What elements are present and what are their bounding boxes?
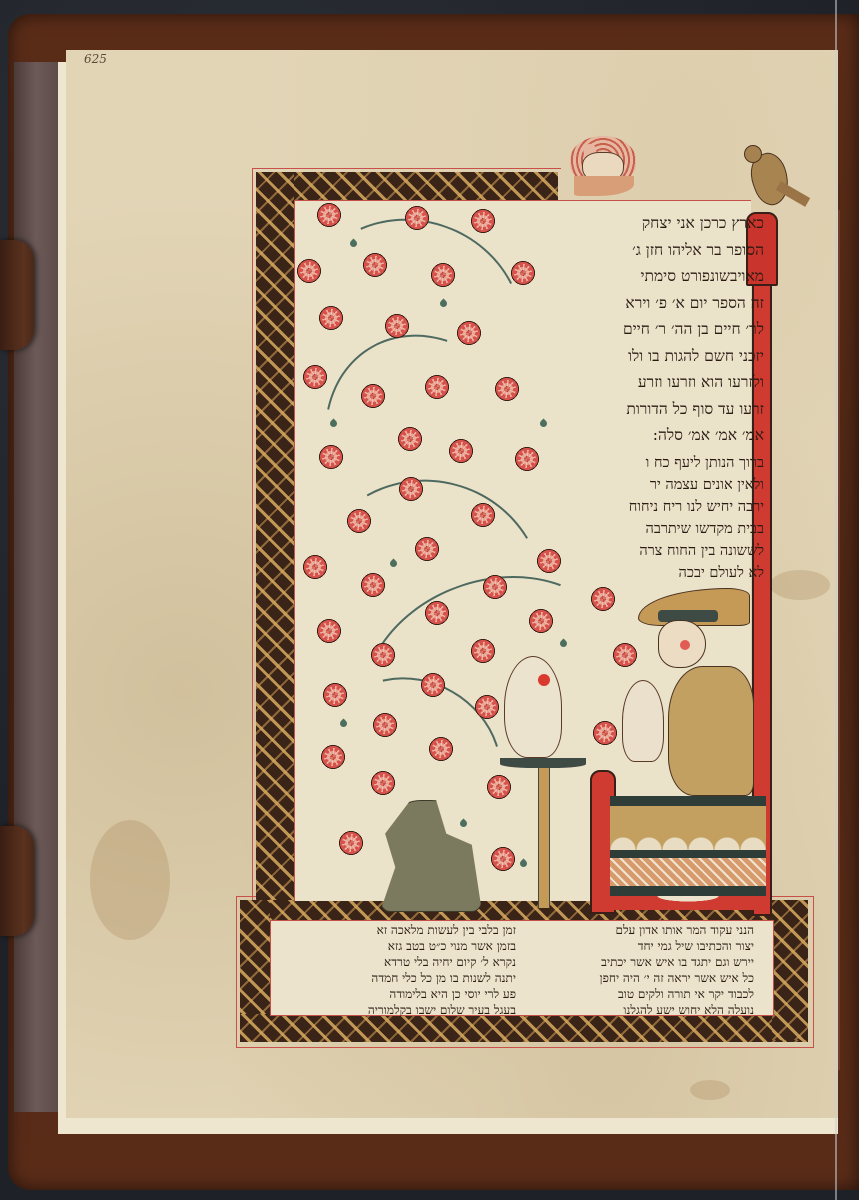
rose-flower bbox=[370, 642, 396, 668]
rose-flower bbox=[397, 426, 423, 452]
rose-flower bbox=[316, 618, 342, 644]
text-line: בזמן אשר מנוי כ״ט בטב גזא bbox=[274, 938, 516, 954]
text-line: הסופר בר אליהו חזן ג׳ bbox=[556, 237, 764, 264]
bottom-right-text: הנני עקוד המר אותו אדון עלם יצור והכתיבו… bbox=[540, 922, 754, 1018]
text-line: פע לרי יוסי כן היא בלימודה bbox=[274, 986, 516, 1002]
text-line: ולזרעו הוא וזרעו וזרע bbox=[556, 369, 764, 396]
text-line: הנני עקוד המר אותו אדון עלם bbox=[540, 922, 754, 938]
text-line: נועלה הלא יחוש ישע להגלנו bbox=[540, 1002, 754, 1018]
text-line: בבית מקדשו שיתרבה bbox=[556, 518, 764, 540]
rose-flower bbox=[414, 536, 440, 562]
text-line: אמ׳ אמ׳ אמ׳ סלה: bbox=[556, 422, 764, 449]
pedestal-stand bbox=[500, 758, 586, 910]
text-line: זרעו עד סוף כל הדורות bbox=[556, 396, 764, 423]
rose-flower bbox=[360, 572, 386, 598]
rose-flower bbox=[424, 600, 450, 626]
rose-flower bbox=[362, 252, 388, 278]
text-line: לכבוד יקר אי תורה ולקים טוב bbox=[540, 986, 754, 1002]
text-line: זמן בלבי בין לעשות מלאכה זא bbox=[274, 922, 516, 938]
text-line: כל איש אשר יראה זה י׳ היה יחפן bbox=[540, 970, 754, 986]
rose-flower bbox=[592, 720, 618, 746]
border-band-bottom bbox=[240, 1014, 808, 1042]
monkey-figure bbox=[504, 656, 562, 758]
rose-flower bbox=[320, 744, 346, 770]
binding-clasp-bottom bbox=[0, 826, 34, 936]
rose-flower bbox=[420, 672, 446, 698]
text-line: מאויבשונפורט סימתי bbox=[556, 263, 764, 290]
text-line: יזכני חשם להגות בו ולו bbox=[556, 343, 764, 370]
stain bbox=[690, 1080, 730, 1100]
stand-dish bbox=[500, 758, 586, 768]
text-line: לר׳ חיים בן הה׳ ר׳ חיים bbox=[556, 316, 764, 343]
chair-rail bbox=[610, 850, 766, 858]
border-band-top bbox=[256, 172, 558, 200]
rose-flower bbox=[494, 376, 520, 402]
text-line: נקרא ל׳ קיום יחיה בלי טרדא bbox=[274, 954, 516, 970]
rose-flower bbox=[338, 830, 364, 856]
rose-flower bbox=[398, 476, 424, 502]
text-line: בעגל בעיר שלום ישבו בקלמוריה bbox=[274, 1002, 516, 1018]
text-line: לששונה בין החוח צרה bbox=[556, 540, 764, 562]
text-line: כארץ כרכן אני יצחק bbox=[556, 210, 764, 237]
bearded-head-grotesque bbox=[568, 136, 640, 200]
text-line: יתנה לשנות בו מן כל כלי חמדה bbox=[274, 970, 516, 986]
chair-lattice bbox=[610, 858, 766, 886]
rose-flower bbox=[318, 444, 344, 470]
rose-flower bbox=[456, 320, 482, 346]
text-line: זה הספר יום א׳ פ׳ וירא bbox=[556, 290, 764, 317]
lap-dog-figure bbox=[622, 680, 664, 762]
page-number: 625 bbox=[84, 52, 107, 66]
chair-rail bbox=[610, 886, 766, 896]
chair-base bbox=[610, 896, 766, 910]
stand-pole bbox=[538, 768, 550, 908]
rose-flower bbox=[482, 574, 508, 600]
binding-spine-edge bbox=[14, 62, 58, 1112]
rose-flower bbox=[590, 586, 616, 612]
rose-flower bbox=[428, 736, 454, 762]
rose-flower bbox=[430, 262, 456, 288]
rose-flower bbox=[528, 608, 554, 634]
rose-flower bbox=[346, 508, 372, 534]
rose-flower bbox=[404, 205, 430, 231]
rose-flower bbox=[296, 258, 322, 284]
rose-flower bbox=[360, 383, 386, 409]
gutter-line bbox=[835, 0, 837, 1200]
stain bbox=[90, 820, 170, 940]
rose-flower bbox=[510, 260, 536, 286]
rose-flower bbox=[514, 446, 540, 472]
text-line: יירש וגם יתגד בו איש אשר יכתיב bbox=[540, 954, 754, 970]
text-line: יצור והכתיבו שיל גמי יחד bbox=[540, 938, 754, 954]
rose-flower bbox=[470, 208, 496, 234]
chair-arcade bbox=[610, 806, 766, 850]
bottom-left-text: זמן בלבי בין לעשות מלאכה זא בזמן אשר מנו… bbox=[274, 922, 516, 1018]
border-band-left bbox=[256, 172, 294, 912]
rose-flower bbox=[302, 554, 328, 580]
red-chair bbox=[590, 770, 770, 910]
facing-page-ghost bbox=[838, 210, 859, 1070]
rose-flower bbox=[384, 313, 410, 339]
binding-clasp-top bbox=[0, 240, 34, 350]
beard bbox=[574, 176, 634, 196]
text-line: ולאין אונים עצמה יר bbox=[556, 474, 764, 496]
rose-flower bbox=[322, 682, 348, 708]
border-band-bottom-right bbox=[772, 900, 808, 1040]
rose-flower bbox=[318, 305, 344, 331]
text-line: לא לעולם יבכה bbox=[556, 562, 764, 584]
bird-head bbox=[744, 145, 762, 163]
rose-flower bbox=[424, 374, 450, 400]
rose-flower bbox=[302, 364, 328, 390]
text-line: ירבה יחיש לנו ריח ניחוח bbox=[556, 496, 764, 518]
rose-flower bbox=[372, 712, 398, 738]
rose-flower bbox=[470, 502, 496, 528]
text-line: ברוך הנותן ליעף כח ו bbox=[556, 452, 764, 474]
chair-rail bbox=[610, 796, 766, 806]
red-fruit bbox=[538, 674, 550, 686]
stain bbox=[770, 570, 830, 600]
colophon-blessing-text: ברוך הנותן ליעף כח ו ולאין אונים עצמה יר… bbox=[556, 452, 764, 584]
rose-flower bbox=[316, 202, 342, 228]
rose-flower bbox=[470, 638, 496, 664]
rosy-cheek bbox=[680, 640, 690, 650]
rose-flower bbox=[474, 694, 500, 720]
colophon-main-text: כארץ כרכן אני יצחק הסופר בר אליהו חזן ג׳… bbox=[556, 210, 764, 449]
rose-flower bbox=[448, 438, 474, 464]
rose-flower bbox=[370, 770, 396, 796]
